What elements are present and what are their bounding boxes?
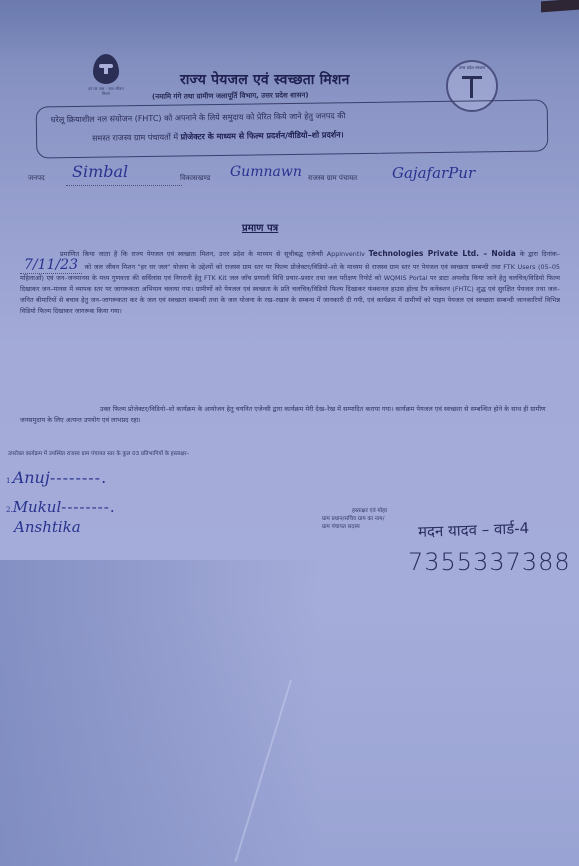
program-banner: घरेलू क्रियाशील नल संयोजन (FHTC) को अपना…: [36, 99, 549, 158]
signatory-line-3: ग्राम पंचायत सदस्य: [322, 523, 387, 531]
photo-corner: [541, 0, 579, 12]
district-label: जनपद: [28, 174, 45, 183]
signatory-phone: 7355337388: [408, 548, 571, 576]
panchayat-label: राजस्व ग्राम पंचायत: [308, 174, 357, 183]
block-label: विकासखण्ड: [180, 174, 210, 183]
paper-fold: [234, 680, 291, 862]
signatory-block: हस्ताक्षर एवं मोहर ग्राम प्रधान/सचिव ग्र…: [322, 507, 387, 531]
district-value: Simbal: [72, 162, 128, 181]
body-paragraph-1: को जल जीवन मिशन "हर घर जल" योजना के उद्द…: [20, 263, 560, 315]
program-date: 7/11/23: [20, 257, 82, 274]
signatory-name: मदन यादव – वार्ड-4: [418, 518, 530, 542]
jal-jeevan-mission-logo: हर घर जल · जल जीवन मिशन: [88, 54, 124, 96]
banner-line-1: घरेलू क्रियाशील नल संयोजन (FHTC) को अपना…: [51, 110, 346, 125]
emblem-caption: उत्तर प्रदेश सरकार: [448, 65, 496, 71]
banner-line-2-bold: प्रोजेक्टर के माध्यम से फिल्म प्रदर्शन/व…: [181, 130, 344, 141]
block-value: Gumnawn: [230, 164, 302, 180]
banner-line-2-prefix: समस्त राजस्व ग्राम पंचायतों में: [92, 133, 181, 143]
participant-signature-2: 2.Mukul--------.: [6, 498, 116, 516]
certificate-body: प्रमाणित किया जाता है कि राज्य पेयजल एवं…: [20, 248, 560, 317]
panchayat-value: GajafarPur: [392, 164, 475, 182]
banner-line-2: समस्त राजस्व ग्राम पंचायतों में प्रोजेक्…: [92, 129, 344, 144]
agency-name: Technologies Private Ltd. – Noida: [369, 249, 516, 258]
certificate-title: प्रमाण पत्र: [242, 220, 278, 234]
body-date-label: के द्वारा दिनांक–: [516, 250, 560, 258]
page-title: राज्य पेयजल एवं स्वच्छता मिशन: [180, 70, 350, 89]
page-subtitle: (नमामि गंगे तथा ग्रामीण जलापूर्ति विभाग,…: [152, 91, 309, 102]
signatory-line-2: ग्राम प्रधान/सचिव ग्राम का नाम/: [322, 515, 387, 523]
participants-note: उपरोक्त कार्यक्रम में उपस्थित राजस्व ग्र…: [8, 450, 308, 458]
location-fields: जनपद Simbal विकासखण्ड Gumnawn राजस्व ग्र…: [28, 166, 568, 192]
signatory-line-1: हस्ताक्षर एवं मोहर: [322, 507, 387, 515]
photo-shadow-top: [0, 0, 579, 60]
body-paragraph-2: उक्त फिल्म प्रोजेक्टर/विडियो–शो कार्यक्र…: [20, 404, 560, 426]
photo-shadow-left: [0, 560, 320, 866]
participant-signature-3: Anshtika: [14, 518, 81, 536]
participant-signature-1: 1.Anuj--------.: [6, 468, 107, 487]
logo-caption: हर घर जल · जल जीवन मिशन: [88, 86, 124, 96]
water-drop-tap-icon: [93, 54, 119, 84]
